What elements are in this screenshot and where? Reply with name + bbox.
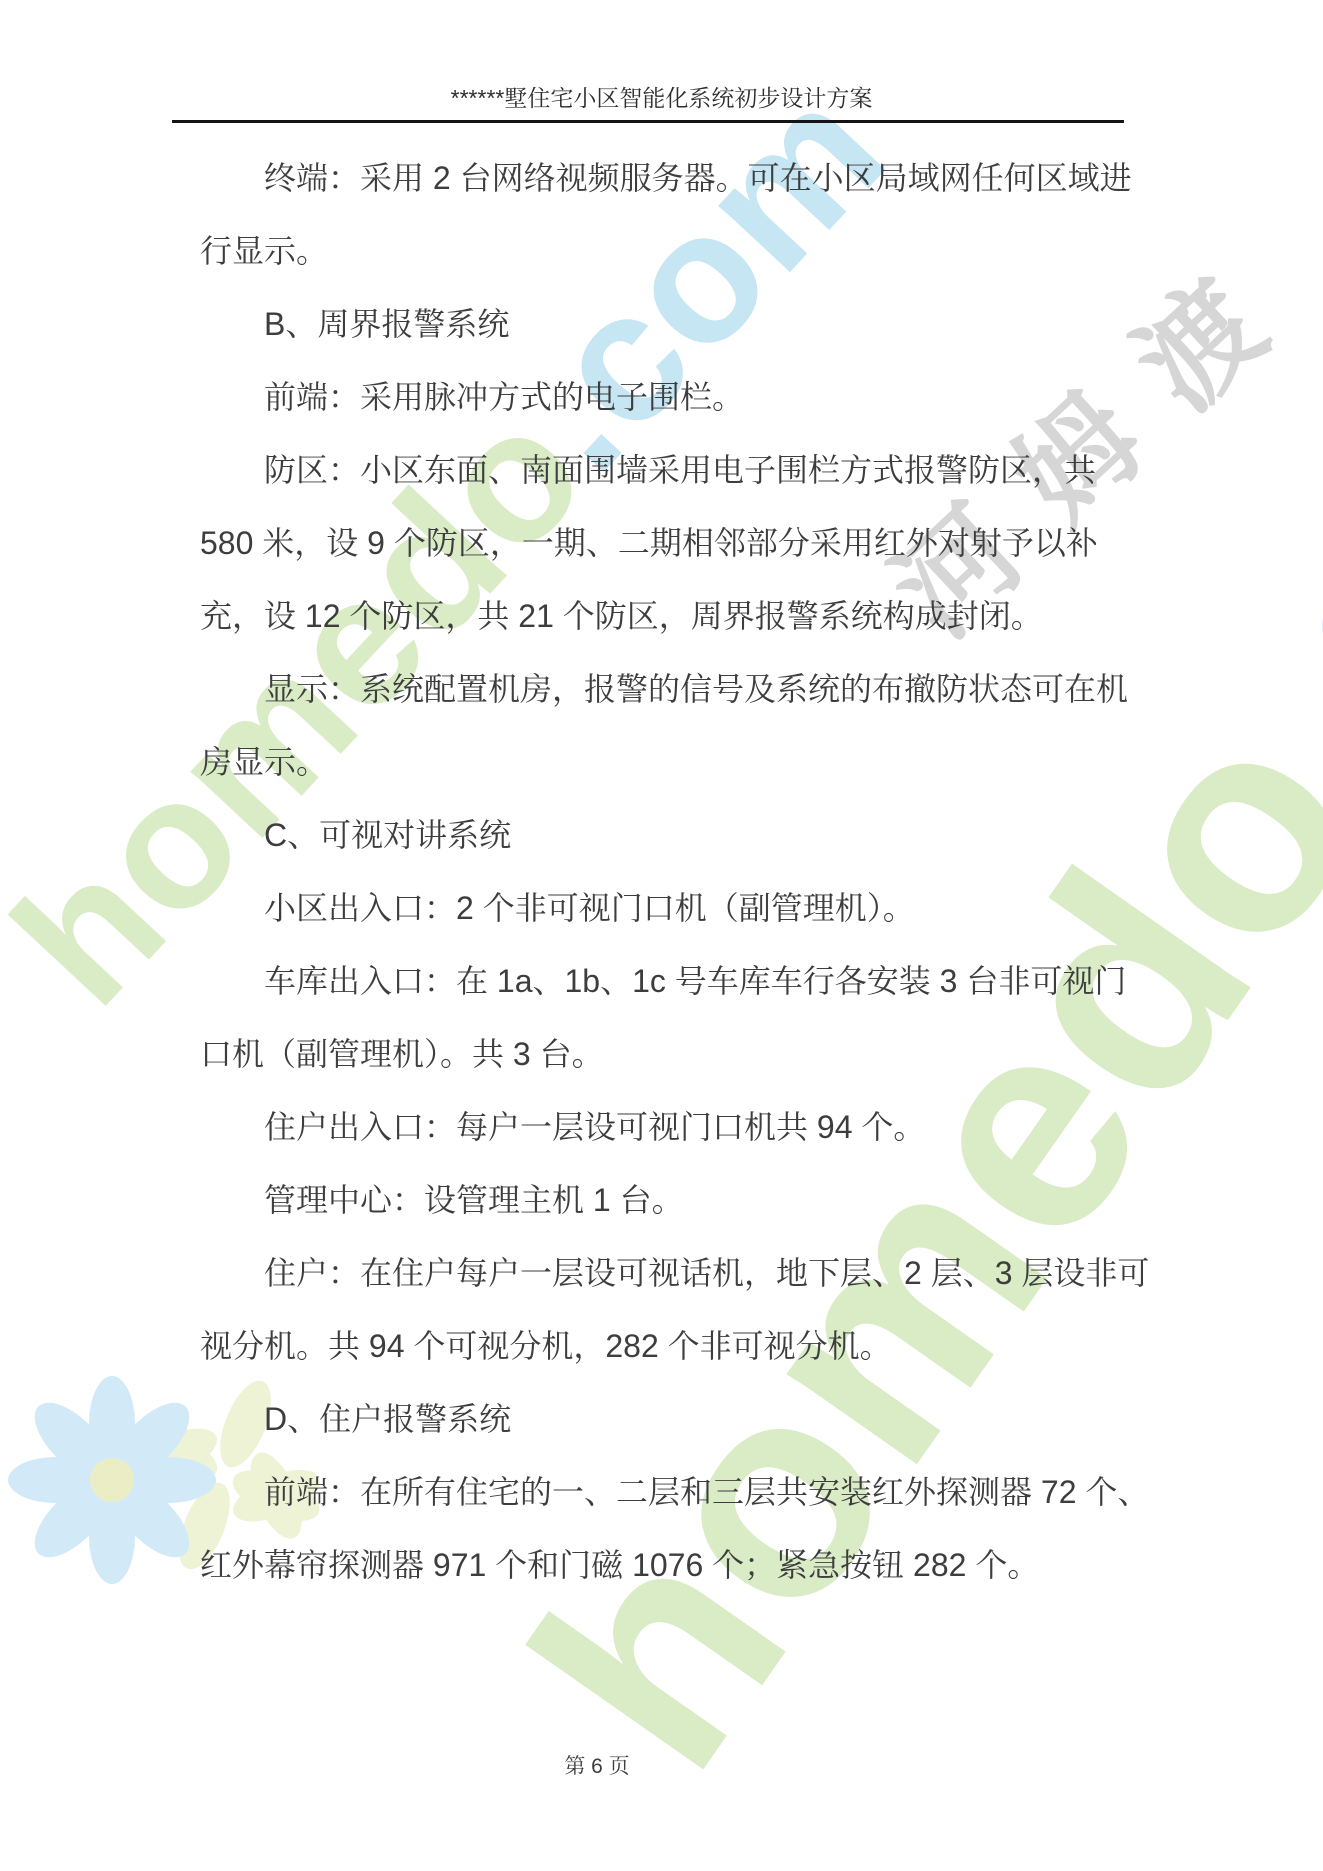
text-line: 前端：在所有住宅的一、二层和三层共安装红外探测器 72 个、 (200, 1456, 1125, 1529)
text-line: D、住户报警系统 (200, 1383, 1125, 1456)
text-line: 车库出入口：在 1a、1b、1c 号车库车行各安装 3 台非可视门 (200, 945, 1125, 1018)
text-line: 视分机。共 94 个可视分机，282 个非可视分机。 (200, 1310, 1125, 1383)
text-line: 管理中心：设管理主机 1 台。 (200, 1164, 1125, 1237)
text-line: C、可视对讲系统 (200, 799, 1125, 872)
document-page: homedo.com homedo.com 河姆渡 (0, 0, 1323, 1871)
page-header-title: ******墅住宅小区智能化系统初步设计方案 (0, 80, 1323, 113)
text-line: 口机（副管理机）。共 3 台。 (200, 1018, 1125, 1091)
text-line: 防区：小区东面、南面围墙采用电子围栏方式报警防区，共 (200, 434, 1125, 507)
document-body: 终端：采用 2 台网络视频服务器。可在小区局域网任何区域进行显示。B、周界报警系… (200, 142, 1125, 1602)
flower-blue-petals (8, 1376, 216, 1584)
text-line: 住户：在住户每户一层设可视话机，地下层、2 层、3 层设非可 (200, 1237, 1125, 1310)
text-line: 580 米，设 9 个防区，一期、二期相邻部分采用红外对射予以补 (200, 507, 1125, 580)
text-line: 充，设 12 个防区，共 21 个防区，周界报警系统构成封闭。 (200, 580, 1125, 653)
header-divider (172, 120, 1124, 123)
text-line: 行显示。 (200, 215, 1125, 288)
text-line: 住户出入口：每户一层设可视门口机共 94 个。 (200, 1091, 1125, 1164)
text-line: B、周界报警系统 (200, 288, 1125, 361)
page-number: 第 6 页 (0, 1750, 1194, 1780)
text-line: 终端：采用 2 台网络视频服务器。可在小区局域网任何区域进 (200, 142, 1125, 215)
text-line: 显示：系统配置机房，报警的信号及系统的布撤防状态可在机 (200, 653, 1125, 726)
text-line: 红外幕帘探测器 971 个和门磁 1076 个；紧急按钮 282 个。 (200, 1529, 1125, 1602)
watermark-com-blue-text: .com (1148, 77, 1323, 853)
text-line: 前端：采用脉冲方式的电子围栏。 (200, 361, 1125, 434)
flower-center (90, 1458, 134, 1502)
text-line: 房显示。 (200, 726, 1125, 799)
text-line: 小区出入口：2 个非可视门口机（副管理机）。 (200, 872, 1125, 945)
